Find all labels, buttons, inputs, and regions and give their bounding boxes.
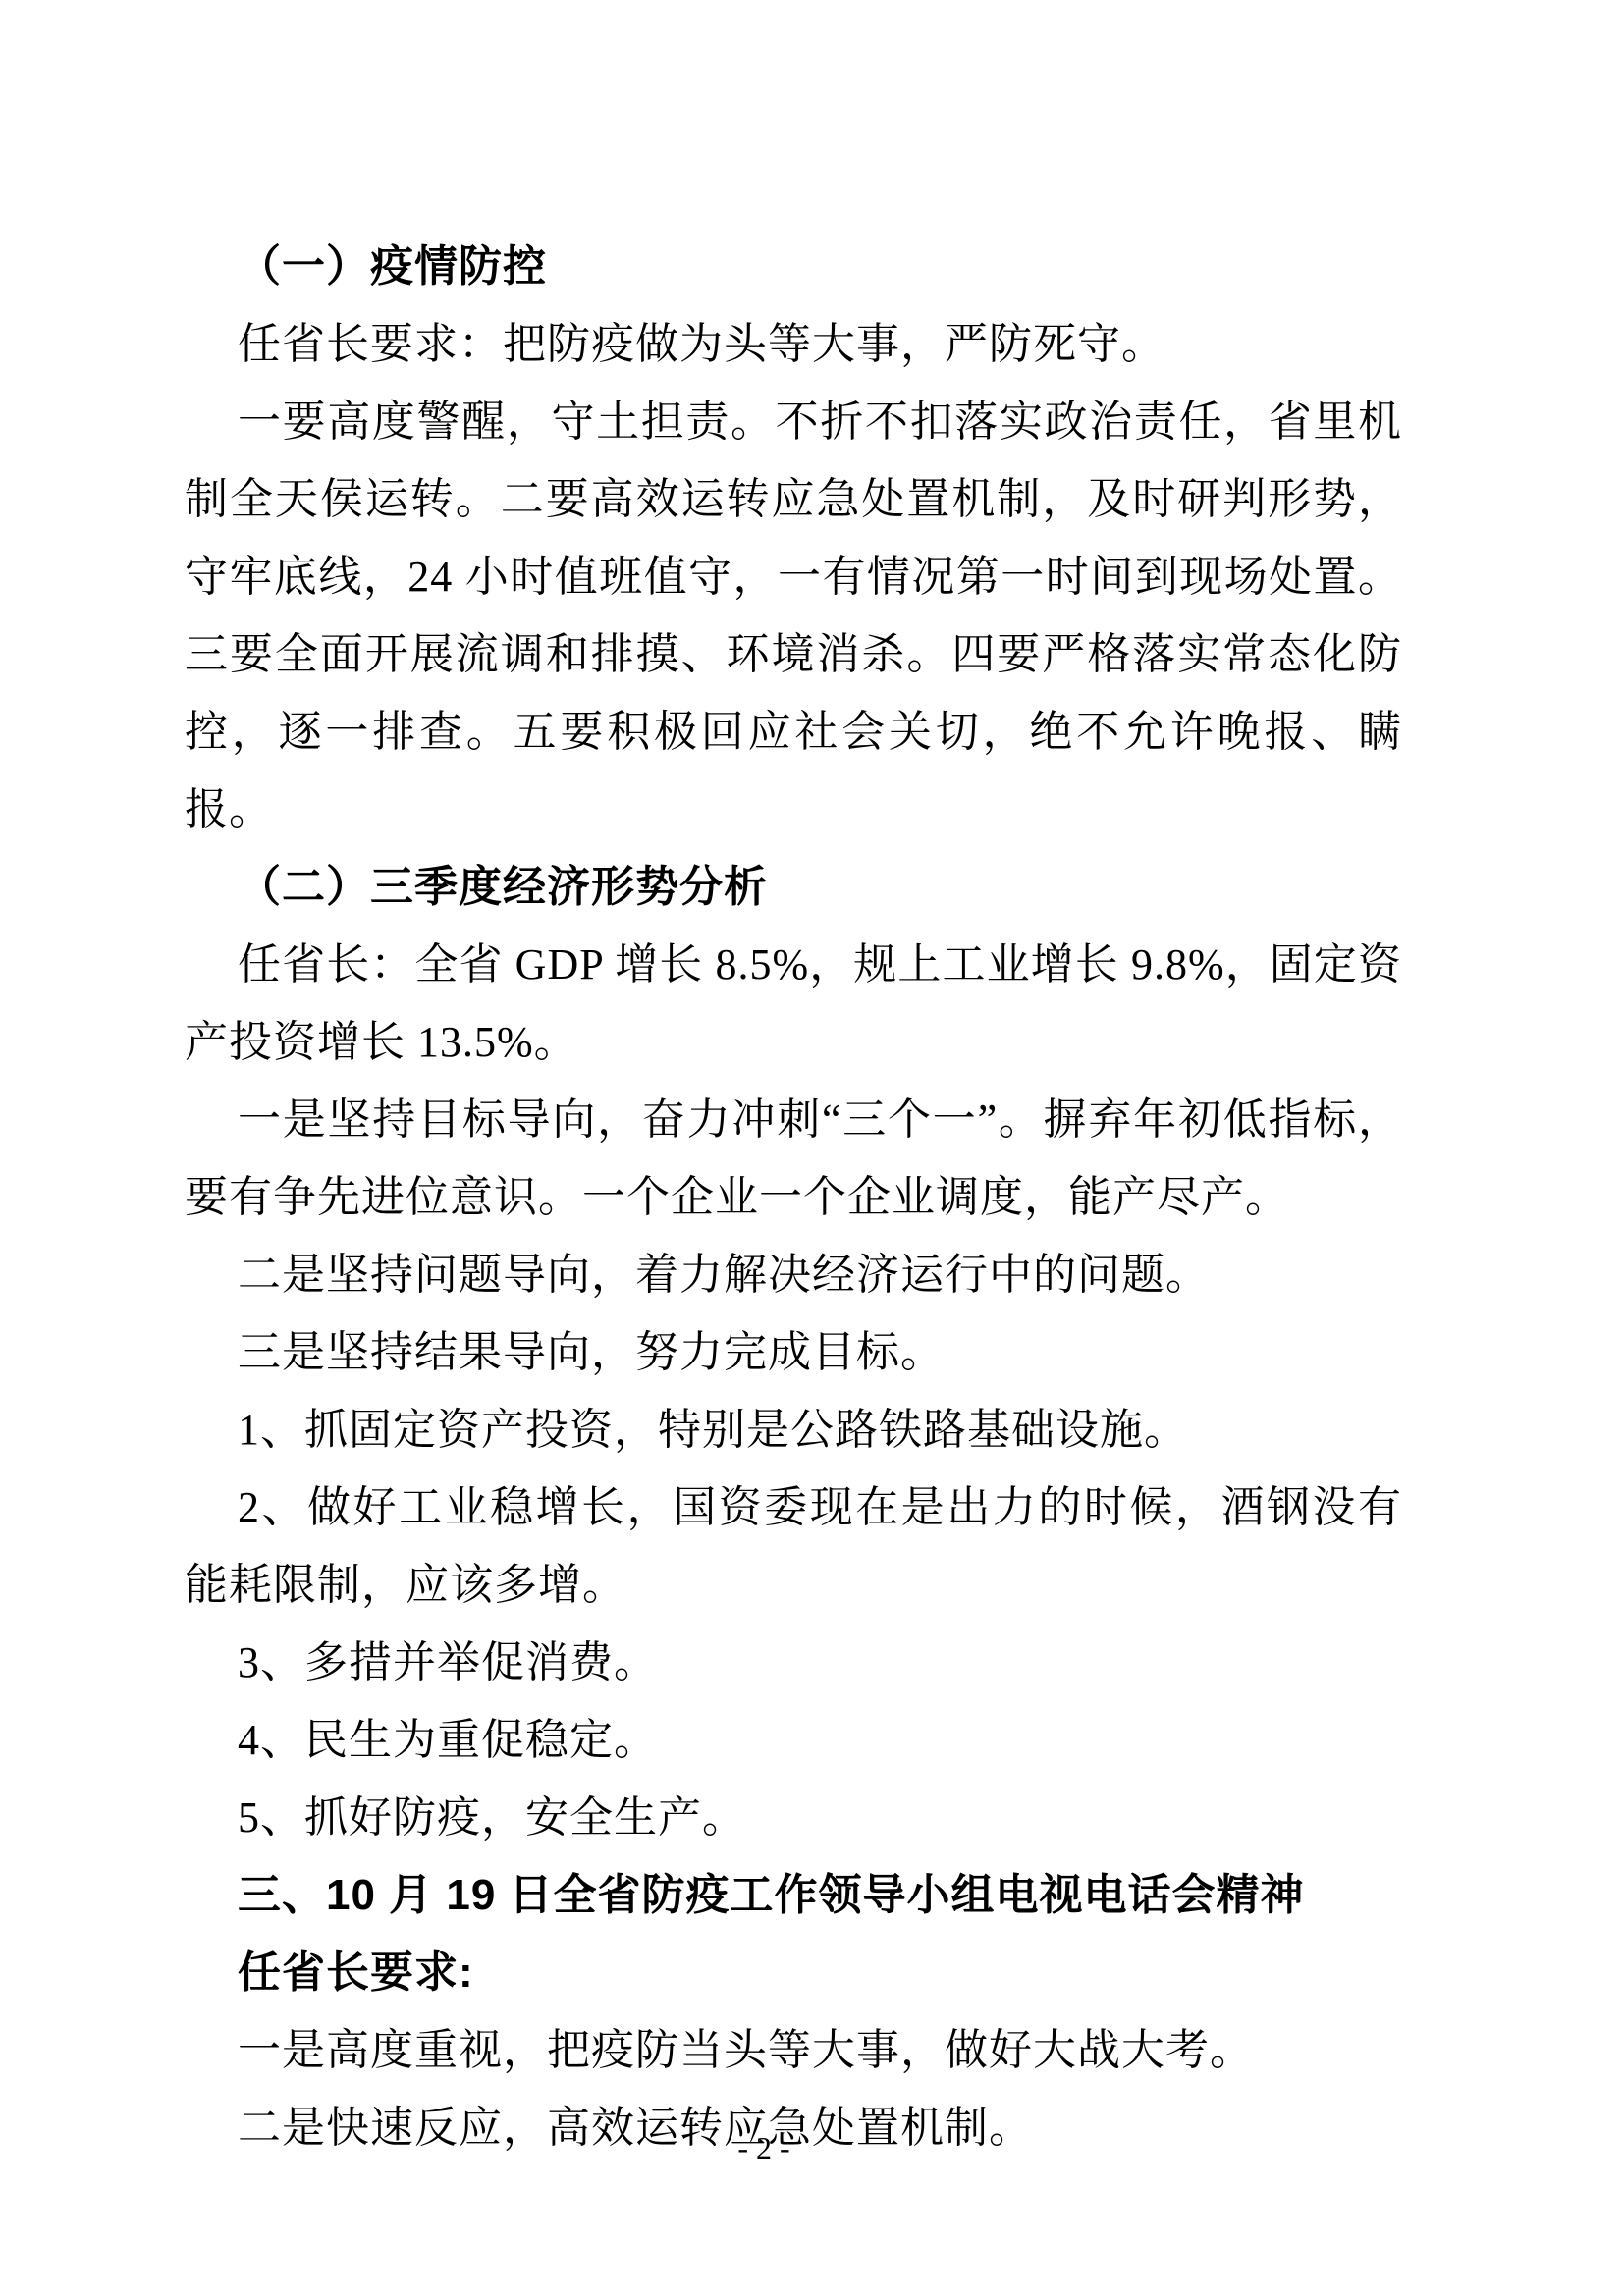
section-2-paragraph-gdp: 任省长：全省 GDP 增长 8.5%，规上工业增长 9.8%，固定资产投资增长 … xyxy=(185,926,1402,1081)
section-3-subheading: 任省长要求: xyxy=(185,1934,1402,2011)
section-2-paragraph-result-orientation: 三是坚持结果导向，努力完成目标。 xyxy=(185,1313,1402,1391)
section-2-item-4: 4、民生为重促稳定。 xyxy=(185,1701,1402,1779)
section-1-paragraph-measures: 一要高度警醒，守土担责。不折不扣落实政治责任，省里机制全天侯运转。二要高效运转应… xyxy=(185,383,1402,848)
section-1-paragraph-requirement: 任省长要求：把防疫做为头等大事，严防死守。 xyxy=(185,305,1402,383)
document-page: （一）疫情防控 任省长要求：把防疫做为头等大事，严防死守。 一要高度警醒，守土担… xyxy=(0,0,1624,2296)
section-2-item-1: 1、抓固定资产投资，特别是公路铁路基础设施。 xyxy=(185,1391,1402,1468)
document-body: （一）疫情防控 任省长要求：把防疫做为头等大事，严防死守。 一要高度警醒，守土担… xyxy=(185,228,1402,2166)
section-2-paragraph-problem-orientation: 二是坚持问题导向，着力解决经济运行中的问题。 xyxy=(185,1236,1402,1313)
section-2-item-3: 3、多措并举促消费。 xyxy=(185,1624,1402,1701)
section-2-paragraph-goal-orientation: 一是坚持目标导向，奋力冲刺“三个一”。摒弃年初低指标，要有争先进位意识。一个企业… xyxy=(185,1081,1402,1236)
page-number: - 2 - xyxy=(185,2126,1343,2169)
section-2-item-5: 5、抓好防疫，安全生产。 xyxy=(185,1779,1402,1856)
section-3-heading: 三、10 月 19 日全省防疫工作领导小组电视电话会精神 xyxy=(185,1856,1402,1934)
section-3-paragraph-1: 一是高度重视，把疫防当头等大事，做好大战大考。 xyxy=(185,2011,1402,2089)
section-2-item-2: 2、做好工业稳增长，国资委现在是出力的时候，酒钢没有能耗限制，应该多增。 xyxy=(185,1468,1402,1624)
section-1-heading: （一）疫情防控 xyxy=(185,228,1402,305)
section-2-heading: （二）三季度经济形势分析 xyxy=(185,848,1402,926)
